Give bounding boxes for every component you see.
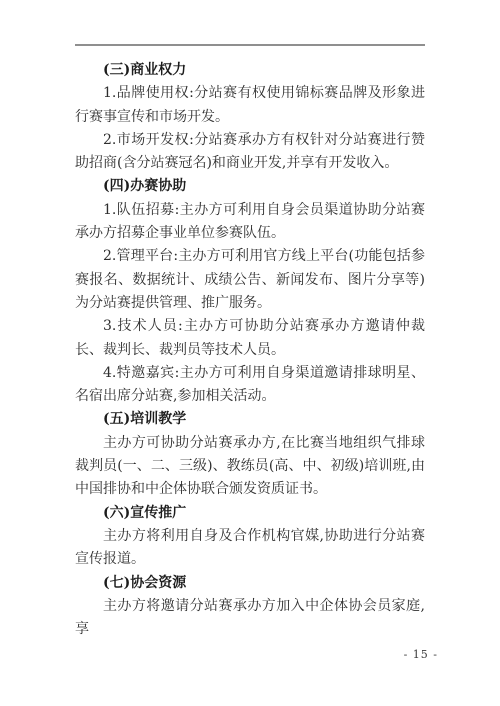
section-event-assistance: (四)办赛协助 1.队伍招募:主办方可利用自身会员渠道协助分站赛承办方招募企事业… — [75, 175, 425, 408]
section-training: (五)培训教学 主办方可协助分站赛承办方,在比赛当地组织气排球裁判员(一、二、三… — [75, 408, 425, 501]
section-association-resources: (七)协会资源 主办方将邀请分站赛承办方加入中企体协会员家庭,享 — [75, 572, 425, 642]
section-heading: (五)培训教学 — [75, 408, 425, 431]
section-heading: (七)协会资源 — [75, 572, 425, 595]
header-rule-divider — [75, 44, 425, 46]
paragraph: 2.市场开发权:分站赛承办方有权针对分站赛进行赞助招商(含分站赛冠名)和商业开发… — [75, 129, 425, 176]
section-heading: (六)宣传推广 — [75, 502, 425, 525]
section-heading: (四)办赛协助 — [75, 175, 425, 198]
paragraph: 主办方可协助分站赛承办方,在比赛当地组织气排球裁判员(一、二、三级)、教练员(高… — [75, 432, 425, 502]
paragraph: 4.特邀嘉宾:主办方可利用自身渠道邀请排球明星、名宿出席分站赛,参加相关活动。 — [75, 362, 425, 409]
section-heading: (三)商业权力 — [75, 59, 425, 82]
section-commercial-rights: (三)商业权力 1.品牌使用权:分站赛有权使用锦标赛品牌及形象进行赛事宣传和市场… — [75, 59, 425, 175]
document-page: (三)商业权力 1.品牌使用权:分站赛有权使用锦标赛品牌及形象进行赛事宣传和市场… — [0, 0, 500, 706]
paragraph: 主办方将邀请分站赛承办方加入中企体协会员家庭,享 — [75, 595, 425, 642]
page-number: - 15 - — [404, 648, 438, 661]
paragraph: 2.管理平台:主办方可利用官方线上平台(功能包括参赛报名、数据统计、成绩公告、新… — [75, 245, 425, 315]
paragraph: 1.品牌使用权:分站赛有权使用锦标赛品牌及形象进行赛事宣传和市场开发。 — [75, 82, 425, 129]
paragraph: 主办方将利用自身及合作机构官媒,协助进行分站赛宣传报道。 — [75, 525, 425, 572]
section-promotion: (六)宣传推广 主办方将利用自身及合作机构官媒,协助进行分站赛宣传报道。 — [75, 502, 425, 572]
paragraph: 1.队伍招募:主办方可利用自身会员渠道协助分站赛承办方招募企事业单位参赛队伍。 — [75, 199, 425, 246]
paragraph: 3.技术人员:主办方可协助分站赛承办方邀请仲裁长、裁判长、裁判员等技术人员。 — [75, 315, 425, 362]
document-body: (三)商业权力 1.品牌使用权:分站赛有权使用锦标赛品牌及形象进行赛事宣传和市场… — [75, 59, 425, 641]
